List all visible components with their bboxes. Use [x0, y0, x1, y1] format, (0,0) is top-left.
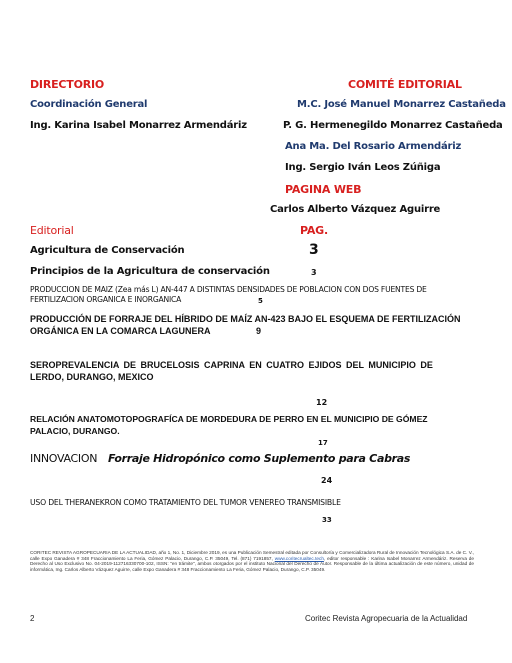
directorio-heading: DIRECTORIO — [30, 78, 104, 91]
pagina-web-heading: PAGINA WEB — [285, 183, 361, 196]
page-number: 2 — [30, 614, 34, 623]
toc-entry-title: USO DEL THERANEKRON COMO TRATAMIENTO DEL… — [30, 498, 341, 507]
coordinator-name: Ing. Karina Isabel Monarrez Armendáriz — [30, 120, 247, 131]
toc-entry-title: SEROPREVALENCIA DE BRUCELOSIS CAPRINA EN… — [30, 360, 433, 371]
toc-entry-page: 33 — [322, 516, 332, 524]
toc-page-label: PAG. — [300, 224, 328, 237]
comite-editorial-heading: COMITÉ EDITORIAL — [348, 78, 462, 91]
committee-member: P. G. Hermenegildo Monarrez Castañeda — [283, 120, 503, 131]
journal-name-footer: Coritec Revista Agropecuaria de la Actua… — [305, 614, 467, 623]
committee-member: Ana Ma. Del Rosario Armendáriz — [285, 141, 461, 152]
legal-notice: CORITEC REVISTA AGROPECUARIA DE LA ACTUA… — [30, 550, 474, 572]
toc-entry-page: 17 — [318, 439, 328, 447]
coordinacion-general-label: Coordinación General — [30, 99, 147, 110]
toc-entry-page: 9 — [256, 326, 261, 337]
toc-entry-page: 3 — [311, 268, 317, 277]
toc-entry-title-cont: LERDO, DURANGO, MEXICO — [30, 372, 154, 383]
toc-entry-title: Forraje Hidropónico como Suplemento para… — [108, 452, 410, 465]
toc-entry-title: PRODUCCION DE MAIZ (Zea más L) AN-447 A … — [30, 285, 427, 294]
toc-entry-prefix: INNOVACION — [30, 452, 97, 465]
webmaster-name: Carlos Alberto Vázquez Aguirre — [270, 204, 440, 215]
toc-entry-page: 12 — [316, 398, 327, 407]
toc-entry-title: Agricultura de Conservación — [30, 245, 184, 256]
toc-entry-title: RELACIÓN ANATOMOTOPOGRAFÍCA DE MORDEDURA… — [30, 414, 428, 425]
toc-entry-title-cont: PALACIO, DURANGO. — [30, 426, 120, 437]
toc-entry-title-cont: FERTILIZACION ORGANICA E INORGANICA — [30, 295, 181, 304]
toc-entry-title-cont: ORGÁNICA EN LA COMARCA LAGUNERA — [30, 326, 211, 337]
toc-entry-page: 24 — [321, 476, 332, 485]
toc-entry-title: PRODUCCIÓN DE FORRAJE DEL HÍBRIDO DE MAÍ… — [30, 314, 461, 325]
committee-member: M.C. José Manuel Monarrez Castañeda — [297, 99, 506, 110]
toc-section-label: Editorial — [30, 224, 74, 237]
toc-entry-title: Principios de la Agricultura de conserva… — [30, 266, 270, 277]
committee-member: Ing. Sergio Iván Leos Zúñiga — [285, 162, 440, 173]
website-link[interactable]: www.coritecrualtec.tech — [275, 556, 324, 561]
toc-entry-page: 5 — [258, 297, 263, 305]
toc-entry-page: 3 — [309, 242, 319, 258]
